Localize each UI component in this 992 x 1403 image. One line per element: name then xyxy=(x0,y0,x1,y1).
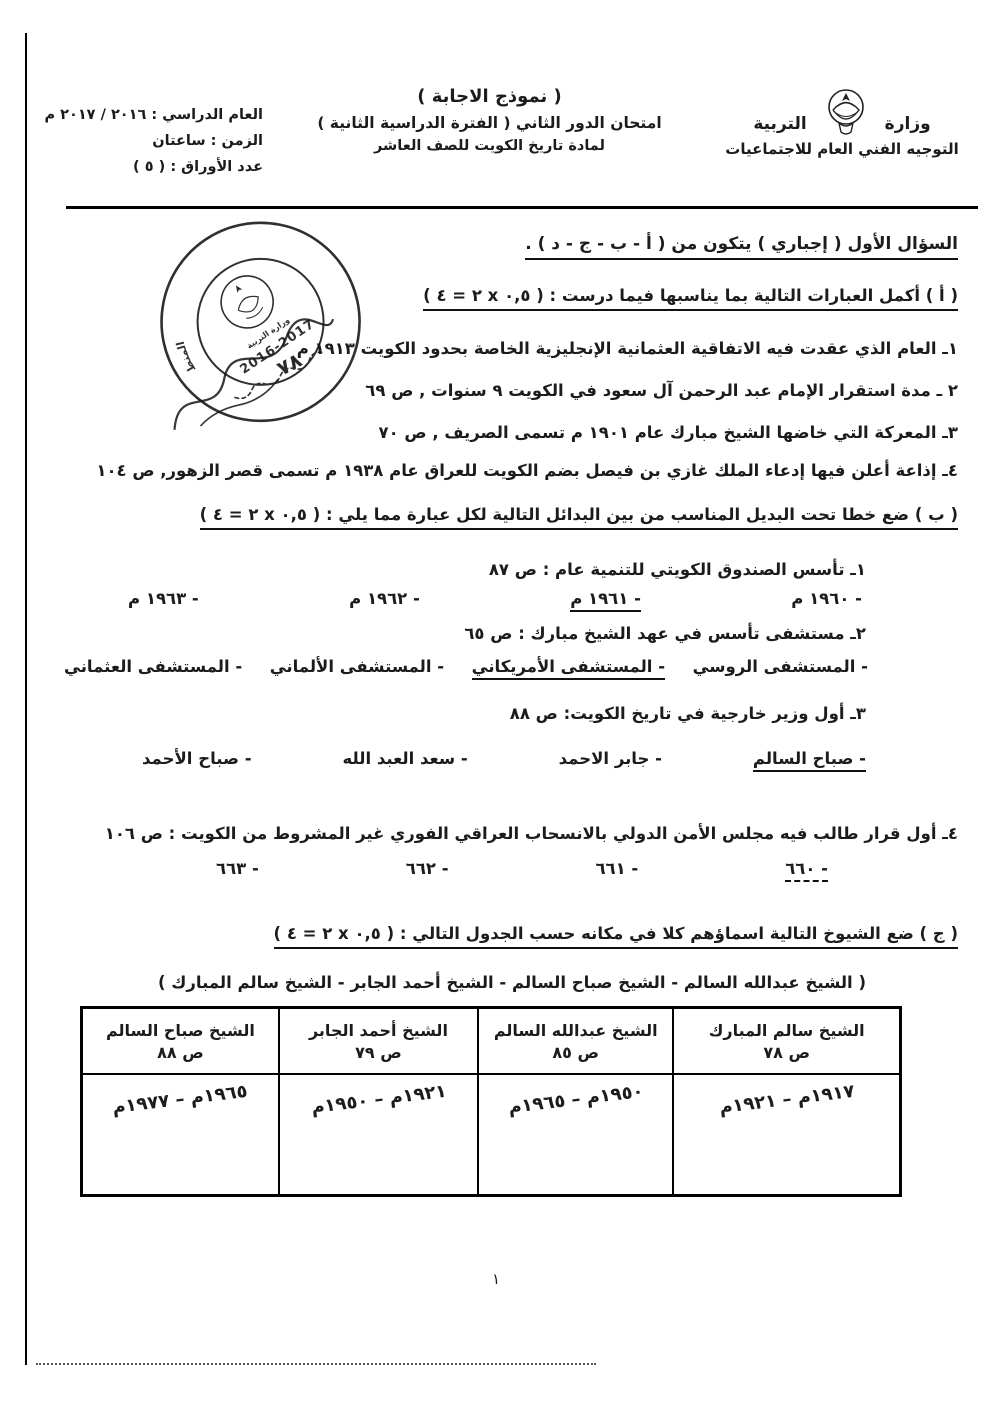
part-c-marks: ( ٢ = ٤ x ٠,٥ ) xyxy=(274,924,395,943)
answer-cell: ١٩٢١م – ١٩٥٠م xyxy=(279,1074,478,1196)
exam-title-block: ( نموذج الاجابة ) امتحان الدور الثاني ( … xyxy=(300,86,680,154)
option: ٦٦١ xyxy=(595,859,638,882)
ministry-title-row: وزارة التربية xyxy=(716,86,968,134)
part-b-item-3-stem: ٣ـ أول وزير خارجية في تاريخ الكويت: ص ٨٨ xyxy=(30,704,958,723)
exam-duration-line: الزمن : ساعتان xyxy=(28,128,263,154)
ministry-word-2: التربية xyxy=(753,114,806,134)
part-c-names-line: ( الشيخ عبدالله السالم - الشيخ صباح السا… xyxy=(30,973,958,992)
school-year-line: العام الدراسي : ٢٠١٦ / ٢٠١٧ م xyxy=(28,102,263,128)
exam-meta-block: العام الدراسي : ٢٠١٦ / ٢٠١٧ م الزمن : سا… xyxy=(28,86,263,180)
part-c-heading: ( ج ) ضع الشيوخ التالية اسماؤهم كلا في م… xyxy=(30,924,958,949)
answer-cell: ١٩١٧م – ١٩٢١م xyxy=(673,1074,900,1196)
part-b-item-1-options: ١٩٦٠ م ١٩٦١ م ١٩٦٢ م ١٩٦٣ م xyxy=(30,589,958,612)
part-a-item-4: ٤ـ إذاعة أعلن فيها إدعاء الملك غازي بن ف… xyxy=(30,459,958,483)
option-underlined-answer: المستشفى الأمريكاني xyxy=(472,657,665,680)
part-b-item-4-options: ٦٦٠ ٦٦١ ٦٦٢ ٦٦٣ xyxy=(30,859,958,882)
column-header: الشيخ أحمد الجابر ص ٧٩ xyxy=(279,1008,478,1075)
option: ٦٦٢ xyxy=(406,859,449,882)
option-underlined-answer: ١٩٦١ م xyxy=(570,589,641,612)
part-a-item-3: ٣ـ المعركة التي خاضها الشيخ مبارك عام ١٩… xyxy=(30,421,958,445)
option: ١٩٦٢ م xyxy=(349,589,420,612)
option: ٦٦٣ xyxy=(216,859,259,882)
part-b-heading-text: ( ب ) ضع خطا تحت البديل المناسب من بين ا… xyxy=(326,505,958,524)
part-b-item-3-options: صباح السالم جابر الاحمد سعد العبد الله ص… xyxy=(30,749,958,772)
question-1-title: السؤال الأول ( إجباري ) يتكون من ( أ - ب… xyxy=(30,234,958,260)
header-divider-rule xyxy=(66,206,978,209)
scan-artifact-bottom-dotted-line xyxy=(36,1363,596,1365)
part-b-marks: ( ٢ = ٤ x ٠,٥ ) xyxy=(200,505,321,524)
part-c-heading-text: ( ج ) ضع الشيوخ التالية اسماؤهم كلا في م… xyxy=(400,924,958,943)
page-number: ١ xyxy=(0,1270,992,1288)
option: المستشفى الألماني xyxy=(270,657,444,680)
sheikhs-table: الشيخ سالم المبارك ص ٧٨ الشيخ عبدالله ال… xyxy=(80,1006,902,1197)
part-a-heading-text: ( أ ) أكمل العبارات التالية بما يناسبها … xyxy=(550,286,958,305)
page-header: وزارة التربية التوجيه الفني العام للاجتم… xyxy=(28,86,968,180)
option-underlined-answer: صباح السالم xyxy=(753,749,866,772)
exam-subject-line: لمادة تاريخ الكويت للصف العاشر xyxy=(300,138,680,154)
option-underlined-answer: ٦٦٠ xyxy=(785,859,828,882)
scan-artifact-vertical-line xyxy=(25,33,27,1365)
part-b-item-1-stem: ١ـ تأسس الصندوق الكويتي للتنمية عام : ص … xyxy=(30,560,958,579)
sheet-count-line: عدد الأوراق : ( ٥ ) xyxy=(28,154,263,180)
option: ١٩٦٣ م xyxy=(128,589,199,612)
part-b-heading: ( ب ) ضع خطا تحت البديل المناسب من بين ا… xyxy=(30,505,958,530)
option: صباح الأحمد xyxy=(142,749,252,772)
kuwait-emblem-icon xyxy=(821,86,871,136)
part-b-item-4-stem: ٤ـ أول قرار طالب فيه مجلس الأمن الدولي ب… xyxy=(30,824,958,843)
column-header: الشيخ صباح السالم ص ٨٨ xyxy=(82,1008,279,1075)
part-b-item-2-options: المستشفى الروسي المستشفى الأمريكاني المس… xyxy=(30,657,958,680)
sheikhs-table-header-row: الشيخ سالم المبارك ص ٧٨ الشيخ عبدالله ال… xyxy=(82,1008,901,1075)
answer-cell: ١٩٦٥م – ١٩٧٧م xyxy=(82,1074,279,1196)
part-a-item-2: ٢ ـ مدة استقرار الإمام عبد الرحمن آل سعو… xyxy=(30,379,958,403)
option: ١٩٦٠ م xyxy=(791,589,862,612)
part-b-item-2-stem: ٢ـ مستشفى تأسس في عهد الشيخ مبارك : ص ٦٥ xyxy=(30,624,958,643)
option: المستشفى الروسي xyxy=(693,657,868,680)
directorate-line: التوجيه الفني العام للاجتماعيات xyxy=(716,140,968,158)
option: جابر الاحمد xyxy=(559,749,662,772)
answer-cell: ١٩٥٠م – ١٩٦٥م xyxy=(478,1074,673,1196)
ministry-block: وزارة التربية التوجيه الفني العام للاجتم… xyxy=(716,86,968,158)
option: سعد العبد الله xyxy=(343,749,468,772)
exam-body: السؤال الأول ( إجباري ) يتكون من ( أ - ب… xyxy=(30,234,958,1197)
sheikhs-table-answer-row: ١٩١٧م – ١٩٢١م ١٩٥٠م – ١٩٦٥م ١٩٢١م – ١٩٥٠… xyxy=(82,1074,901,1196)
exam-answer-sheet-page: وزارة التربية التوجيه الفني العام للاجتم… xyxy=(0,0,992,1403)
answer-model-title: ( نموذج الاجابة ) xyxy=(300,86,680,107)
part-a-heading: ( أ ) أكمل العبارات التالية بما يناسبها … xyxy=(30,286,958,311)
part-a-item-1: ١ـ العام الذي عقدت فيه الاتفاقية العثمان… xyxy=(30,337,958,361)
option: المستشفى العثماني xyxy=(64,657,242,680)
exam-round-line: امتحان الدور الثاني ( الفترة الدراسية ال… xyxy=(300,114,680,132)
part-a-marks: ( ٢ = ٤ x ٠,٥ ) xyxy=(423,286,544,305)
column-header: الشيخ عبدالله السالم ص ٨٥ xyxy=(478,1008,673,1075)
column-header: الشيخ سالم المبارك ص ٧٨ xyxy=(673,1008,900,1075)
ministry-word-1: وزارة xyxy=(885,114,931,134)
